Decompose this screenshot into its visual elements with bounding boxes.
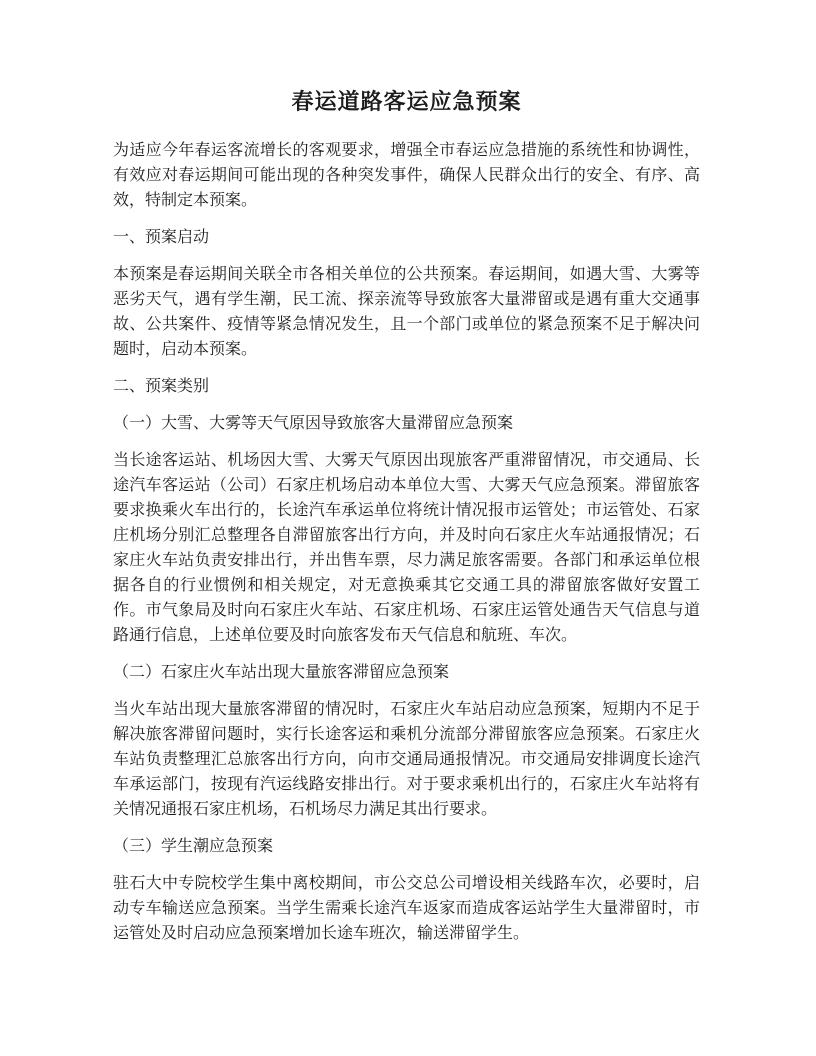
intro-paragraph: 为适应今年春运客流增长的客观要求，增强全市春运应急措施的系统性和协调性，有效应对… [113, 138, 700, 213]
paragraph-railway-station-delay: 当火车站出现大量旅客滞留的情况时，石家庄火车站启动应急预案，短期内不足于解决旅客… [113, 697, 700, 822]
paragraph-plan-activation: 本预案是春运期间关联全市各相关单位的公共预案。春运期间，如遇大雪、大雾等恶劣天气… [113, 262, 700, 362]
section-heading-plan-categories: 二、预案类别 [113, 374, 700, 399]
section-heading-plan-activation: 一、预案启动 [113, 225, 700, 250]
subsection-heading-railway-station-delay: （二）石家庄火车站出现大量旅客滞留应急预案 [113, 660, 700, 685]
paragraph-student-rush: 驻石大中专院校学生集中离校期间，市公交总公司增设相关线路车次，必要时，启动专车输… [113, 871, 700, 946]
subsection-heading-weather-delay: （一）大雪、大雾等天气原因导致旅客大量滞留应急预案 [113, 411, 700, 436]
document-page: 春运道路客运应急预案 为适应今年春运客流增长的客观要求，增强全市春运应急措施的系… [0, 0, 816, 1056]
subsection-heading-student-rush: （三）学生潮应急预案 [113, 834, 700, 859]
paragraph-weather-delay: 当长途客运站、机场因大雪、大雾天气原因出现旅客严重滞留情况，市交通局、长途汽车客… [113, 448, 700, 648]
document-title: 春运道路客运应急预案 [113, 86, 700, 118]
